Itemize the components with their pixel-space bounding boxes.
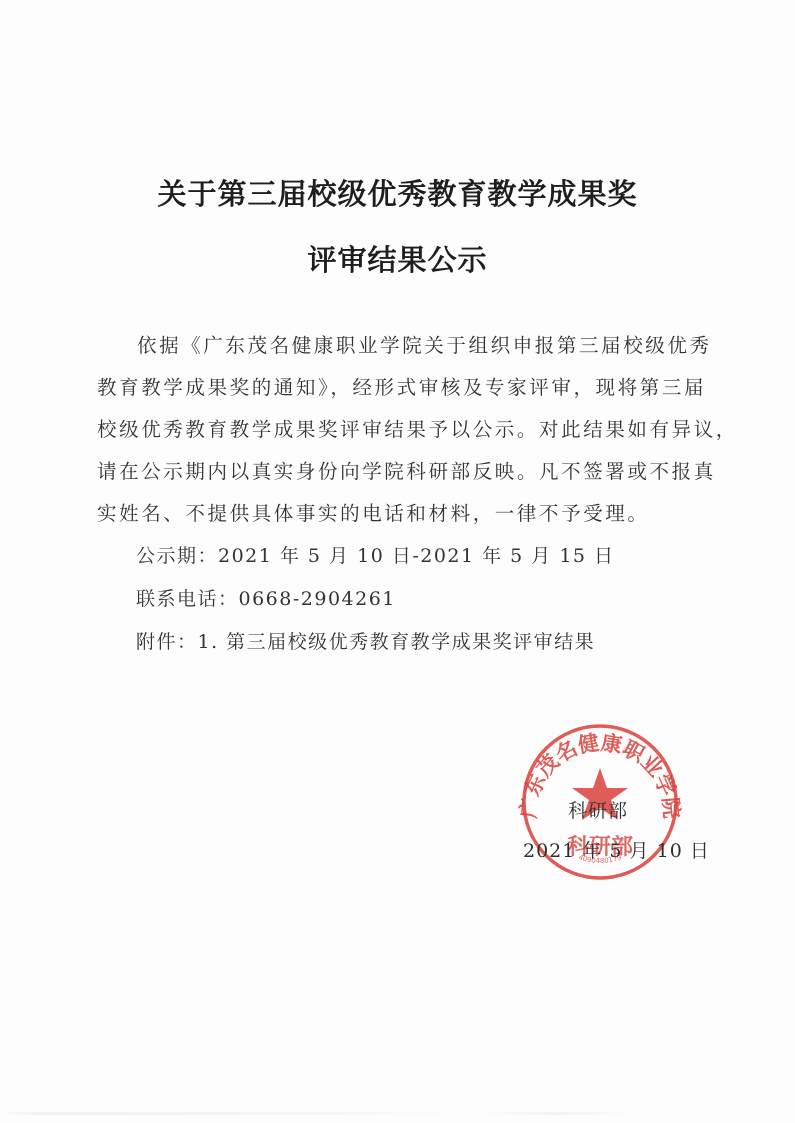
document-title-line-1: 关于第三届校级优秀教育教学成果奖 <box>0 172 795 213</box>
attachment-link[interactable]: 附件：1. 第三届校级优秀教育教学成果奖评审结果 <box>136 627 595 654</box>
body-line-1: 依据《广东茂名健康职业学院关于组织申报第三届校级优秀 <box>137 330 712 358</box>
signing-department: 科研部 <box>568 796 628 823</box>
contact-phone: 联系电话：0668-2904261 <box>136 584 396 611</box>
body-line-2: 教育教学成果奖的通知》，经形式审核及专家评审，现将第三届 <box>97 372 706 400</box>
announcement-period: 公示期：2021 年 5 月 10 日-2021 年 5 月 15 日 <box>136 541 615 568</box>
document-title-line-2: 评审结果公示 <box>0 238 795 279</box>
signing-date: 2021 年 5 月 10 日 <box>523 836 710 863</box>
scan-artifact <box>0 1112 795 1115</box>
body-line-4: 请在公示期内以真实身份向学院科研部反映。凡不签署或不报真 <box>97 456 716 484</box>
body-line-5: 实姓名、不提供具体事实的电话和材料，一律不予受理。 <box>97 498 650 526</box>
body-line-3: 校级优秀教育教学成果奖评审结果予以公示。对此结果如有异议， <box>97 414 738 442</box>
document-page: 关于第三届校级优秀教育教学成果奖 评审结果公示 依据《广东茂名健康职业学院关于组… <box>0 0 795 1123</box>
